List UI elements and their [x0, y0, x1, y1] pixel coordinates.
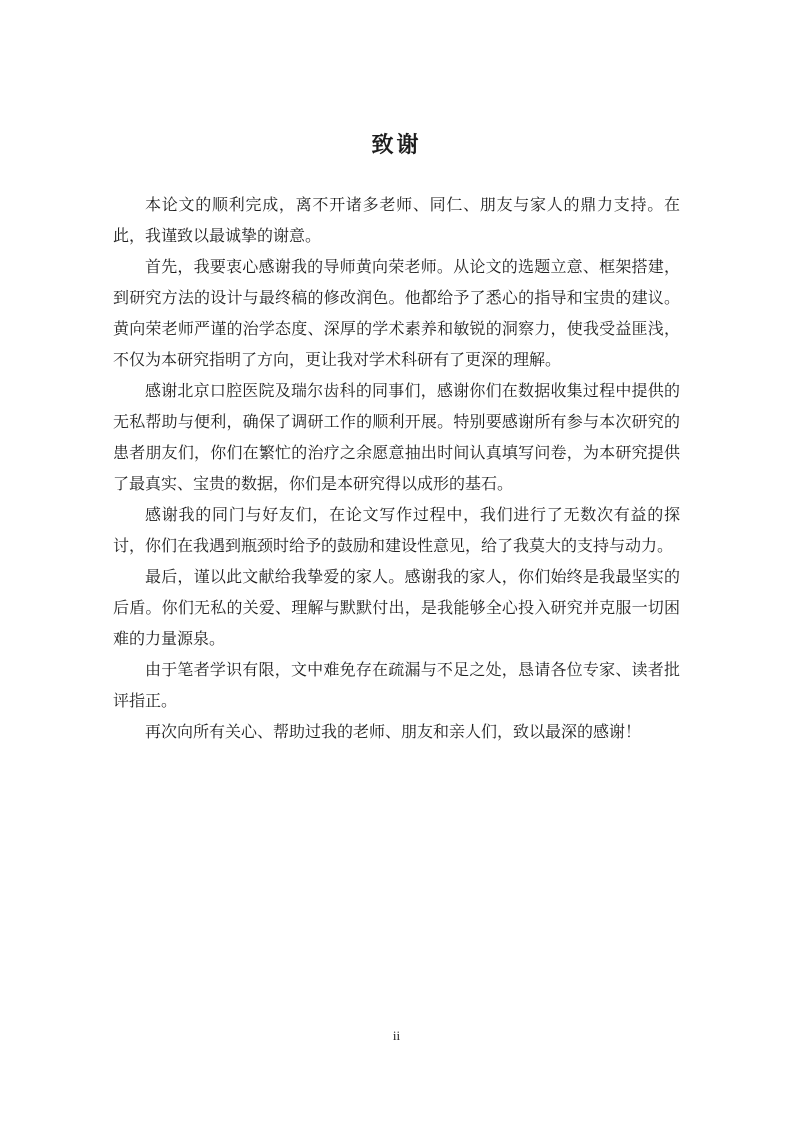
- acknowledgement-paragraph-4: 感谢我的同门与好友们，在论文写作过程中，我们进行了无数次有益的探讨，你们在我遇到…: [113, 500, 680, 562]
- acknowledgement-paragraph-2: 首先，我要衷心感谢我的导师黄向荣老师。从论文的选题立意、框架搭建，到研究方法的设…: [113, 252, 680, 376]
- acknowledgement-paragraph-6: 由于笔者学识有限，文中难免存在疏漏与不足之处，恳请各位专家、读者批评指正。: [113, 655, 680, 717]
- acknowledgement-paragraph-7: 再次向所有关心、帮助过我的老师、朋友和亲人们，致以最深的感谢！: [113, 717, 680, 748]
- acknowledgement-paragraph-1: 本论文的顺利完成，离不开诸多老师、同仁、朋友与家人的鼎力支持。在此，我谨致以最诚…: [113, 190, 680, 252]
- page-title: 致谢: [113, 131, 680, 159]
- document-page: 致谢 本论文的顺利完成，离不开诸多老师、同仁、朋友与家人的鼎力支持。在此，我谨致…: [0, 0, 793, 1122]
- document-content: 致谢 本论文的顺利完成，离不开诸多老师、同仁、朋友与家人的鼎力支持。在此，我谨致…: [113, 131, 680, 748]
- acknowledgement-paragraph-5: 最后，谨以此文献给我挚爱的家人。感谢我的家人，你们始终是我最坚实的后盾。你们无私…: [113, 562, 680, 655]
- acknowledgement-paragraph-3: 感谢北京口腔医院及瑞尔齿科的同事们，感谢你们在数据收集过程中提供的无私帮助与便利…: [113, 376, 680, 500]
- document-body: 本论文的顺利完成，离不开诸多老师、同仁、朋友与家人的鼎力支持。在此，我谨致以最诚…: [113, 190, 680, 748]
- page-number: ii: [0, 1028, 793, 1044]
